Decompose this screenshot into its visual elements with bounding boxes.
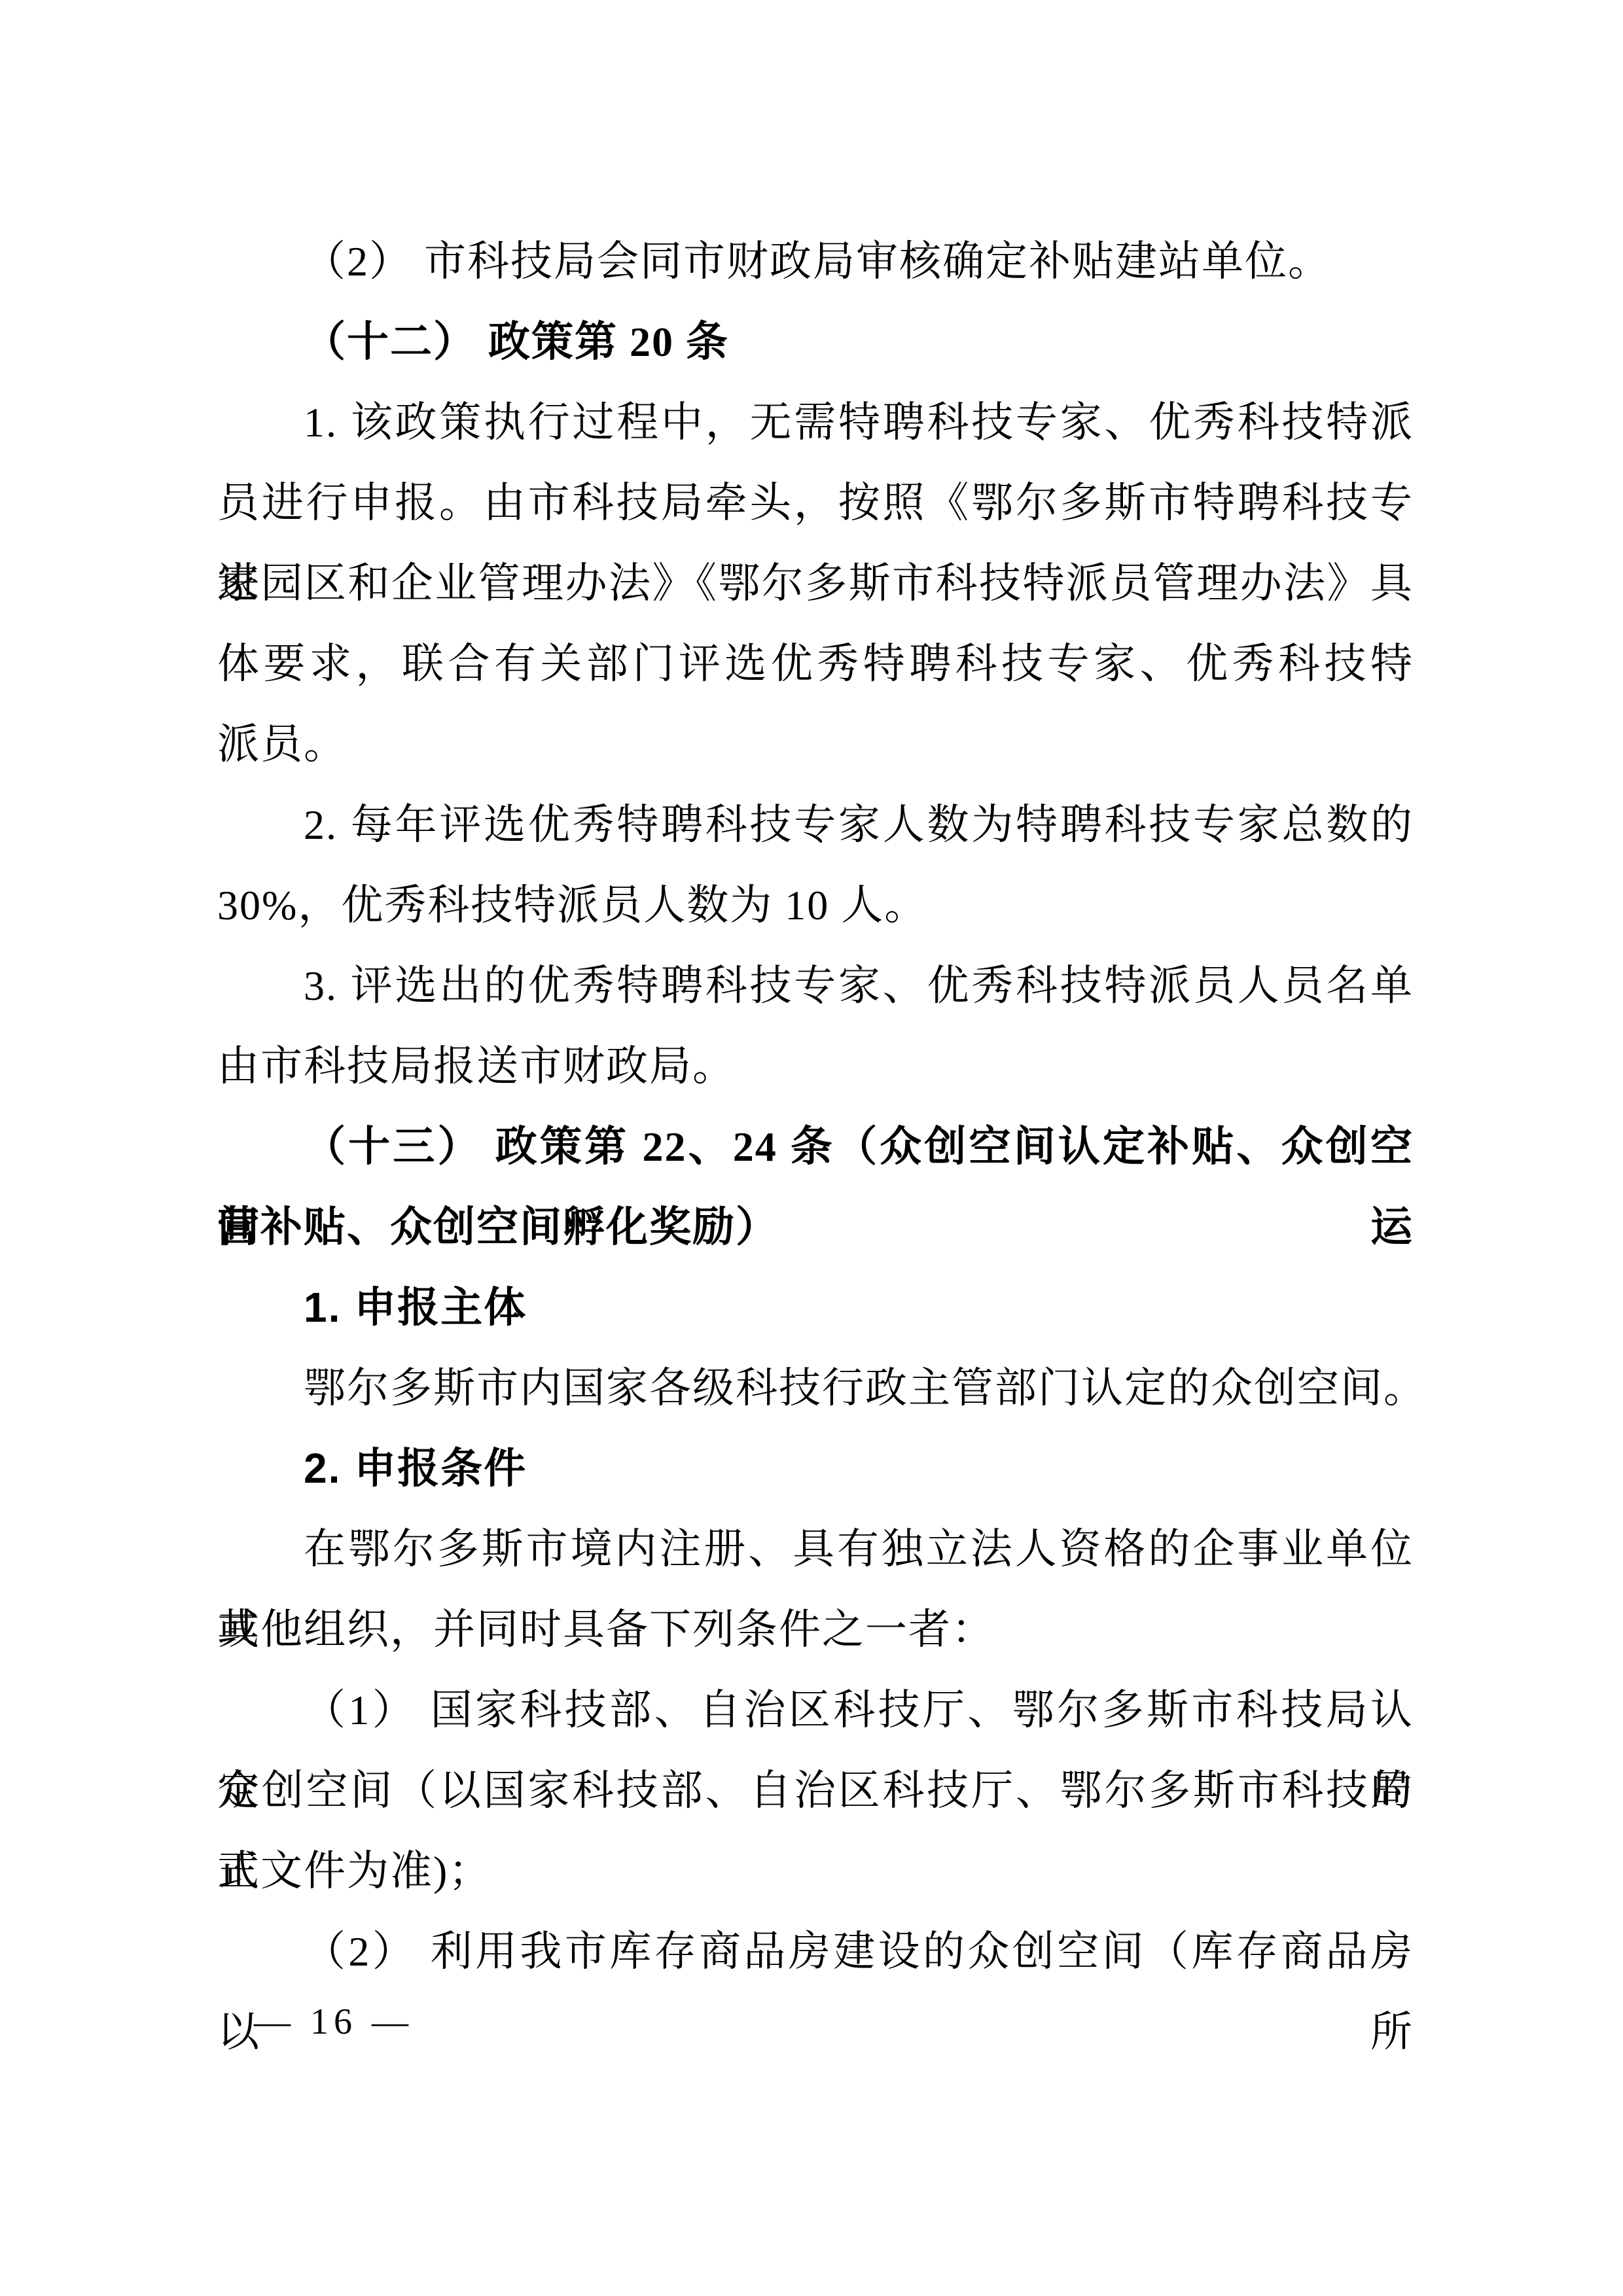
text-line: （2） 利用我市库存商品房建设的众创空间（库存商品房以所 <box>217 1911 1414 1992</box>
subheading-line: 2. 申报条件 <box>217 1428 1414 1509</box>
text-line: 派员。 <box>217 704 1414 785</box>
text-line: 3. 评选出的优秀特聘科技专家、优秀科技特派员人员名单 <box>217 945 1414 1026</box>
text-line: 30%，优秀科技特派员人数为 10 人。 <box>217 865 1414 945</box>
document-page: （2） 市科技局会同市财政局审核确定补贴建站单位。 （十二） 政策第 20 条 … <box>0 0 1623 2296</box>
text-line: 进园区和企业管理办法》《鄂尔多斯市科技特派员管理办法》具 <box>217 543 1414 624</box>
page-number: — 16 — <box>254 2001 414 2043</box>
text-line: 员进行申报。由市科技局牵头，按照《鄂尔多斯市特聘科技专家 <box>217 463 1414 543</box>
text-line: （2） 市科技局会同市财政局审核确定补贴建站单位。 <box>217 221 1414 302</box>
text-line: 式文件为准)； <box>217 1831 1414 1911</box>
text-line: 鄂尔多斯市内国家各级科技行政主管部门认定的众创空间。 <box>217 1348 1414 1428</box>
text-line: （1） 国家科技部、自治区科技厅、鄂尔多斯市科技局认定的 <box>217 1670 1414 1750</box>
text-line: 2. 每年评选优秀特聘科技专家人数为特聘科技专家总数的 <box>217 785 1414 865</box>
text-line: 其他组织，并同时具备下列条件之一者： <box>217 1589 1414 1670</box>
text-line: 由市科技局报送市财政局。 <box>217 1026 1414 1106</box>
heading-line: （十二） 政策第 20 条 <box>217 302 1414 382</box>
text-line: 体要求，联合有关部门评选优秀特聘科技专家、优秀科技特 <box>217 624 1414 704</box>
document-body: （2） 市科技局会同市财政局审核确定补贴建站单位。 （十二） 政策第 20 条 … <box>217 221 1414 1992</box>
text-line: 在鄂尔多斯市境内注册、具有独立法人资格的企事业单位或 <box>217 1509 1414 1589</box>
heading-line: （十三） 政策第 22、24 条（众创空间认定补贴、众创空间运 <box>217 1106 1414 1187</box>
text-line: 1. 该政策执行过程中，无需特聘科技专家、优秀科技特派 <box>217 382 1414 463</box>
subheading-line: 1. 申报主体 <box>217 1267 1414 1348</box>
text-line: 众创空间（以国家科技部、自治区科技厅、鄂尔多斯市科技局正 <box>217 1750 1414 1831</box>
